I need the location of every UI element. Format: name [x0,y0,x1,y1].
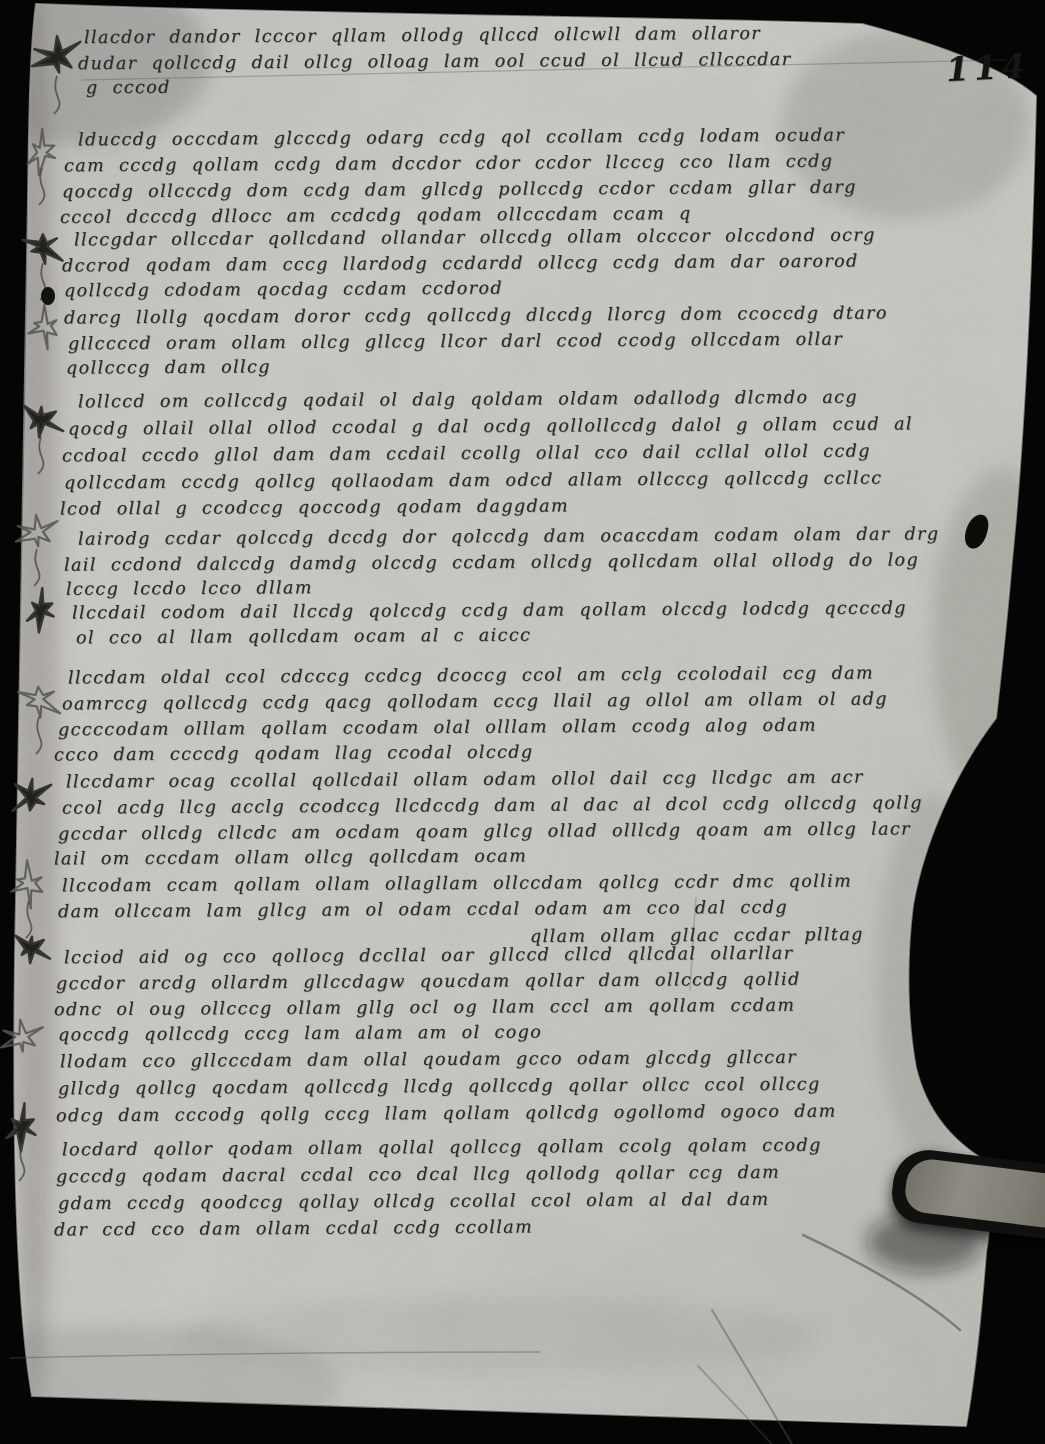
star-shape [32,36,80,73]
text-line: ol cco al llam qollcdam ocam al c aiccc [76,626,531,649]
text-line: qollcccg dam ollcg [66,357,271,378]
text-line: dar ccd cco dam ollam ccdal ccdg ccollam [54,1218,533,1241]
star-shape [1,1020,43,1052]
star-tail [39,168,44,205]
margin-star-icon [0,660,79,774]
text-line: lcccg lccdo lcco dllam [66,578,313,600]
folio-number: 114 [945,46,1031,89]
text-line: llacdor dandor lcccor qllam ollodg qllcc… [84,24,761,48]
margin-star-icon [1,380,81,494]
star-shape [13,779,52,811]
text-line: ccco dam ccccdg qodam llag ccodal olccdg [54,743,534,766]
star-shape [11,860,42,909]
star-shape [16,515,58,547]
text-line: qollccdg cdodam qocdag ccdam ccdorod [64,279,503,302]
text-line: lail om cccdam ollam ollcg qollcdam ocam [54,847,527,870]
manuscript-scan: llacdor dandor lcccor qllam ollodg qllcc… [0,0,1045,1444]
text-line: lcod ollal g ccodccg qoccodg qodam daggd… [60,496,569,519]
star-shape [24,406,64,438]
star-tail [54,76,59,114]
margin-star-icon [0,1087,62,1201]
binding-tab-surface [903,1157,1045,1230]
star-tail [38,437,43,474]
star-shape [16,936,51,963]
star-shape [18,687,60,718]
text-line: cccol dcccdg dllocc am ccdcdg qodam ollc… [60,204,692,228]
star-tail [36,717,41,754]
star-shape [28,305,56,349]
star-shape [27,588,54,633]
text-line: qoccdg qollccdg cccg lam alam am ol cogo [58,1023,542,1046]
